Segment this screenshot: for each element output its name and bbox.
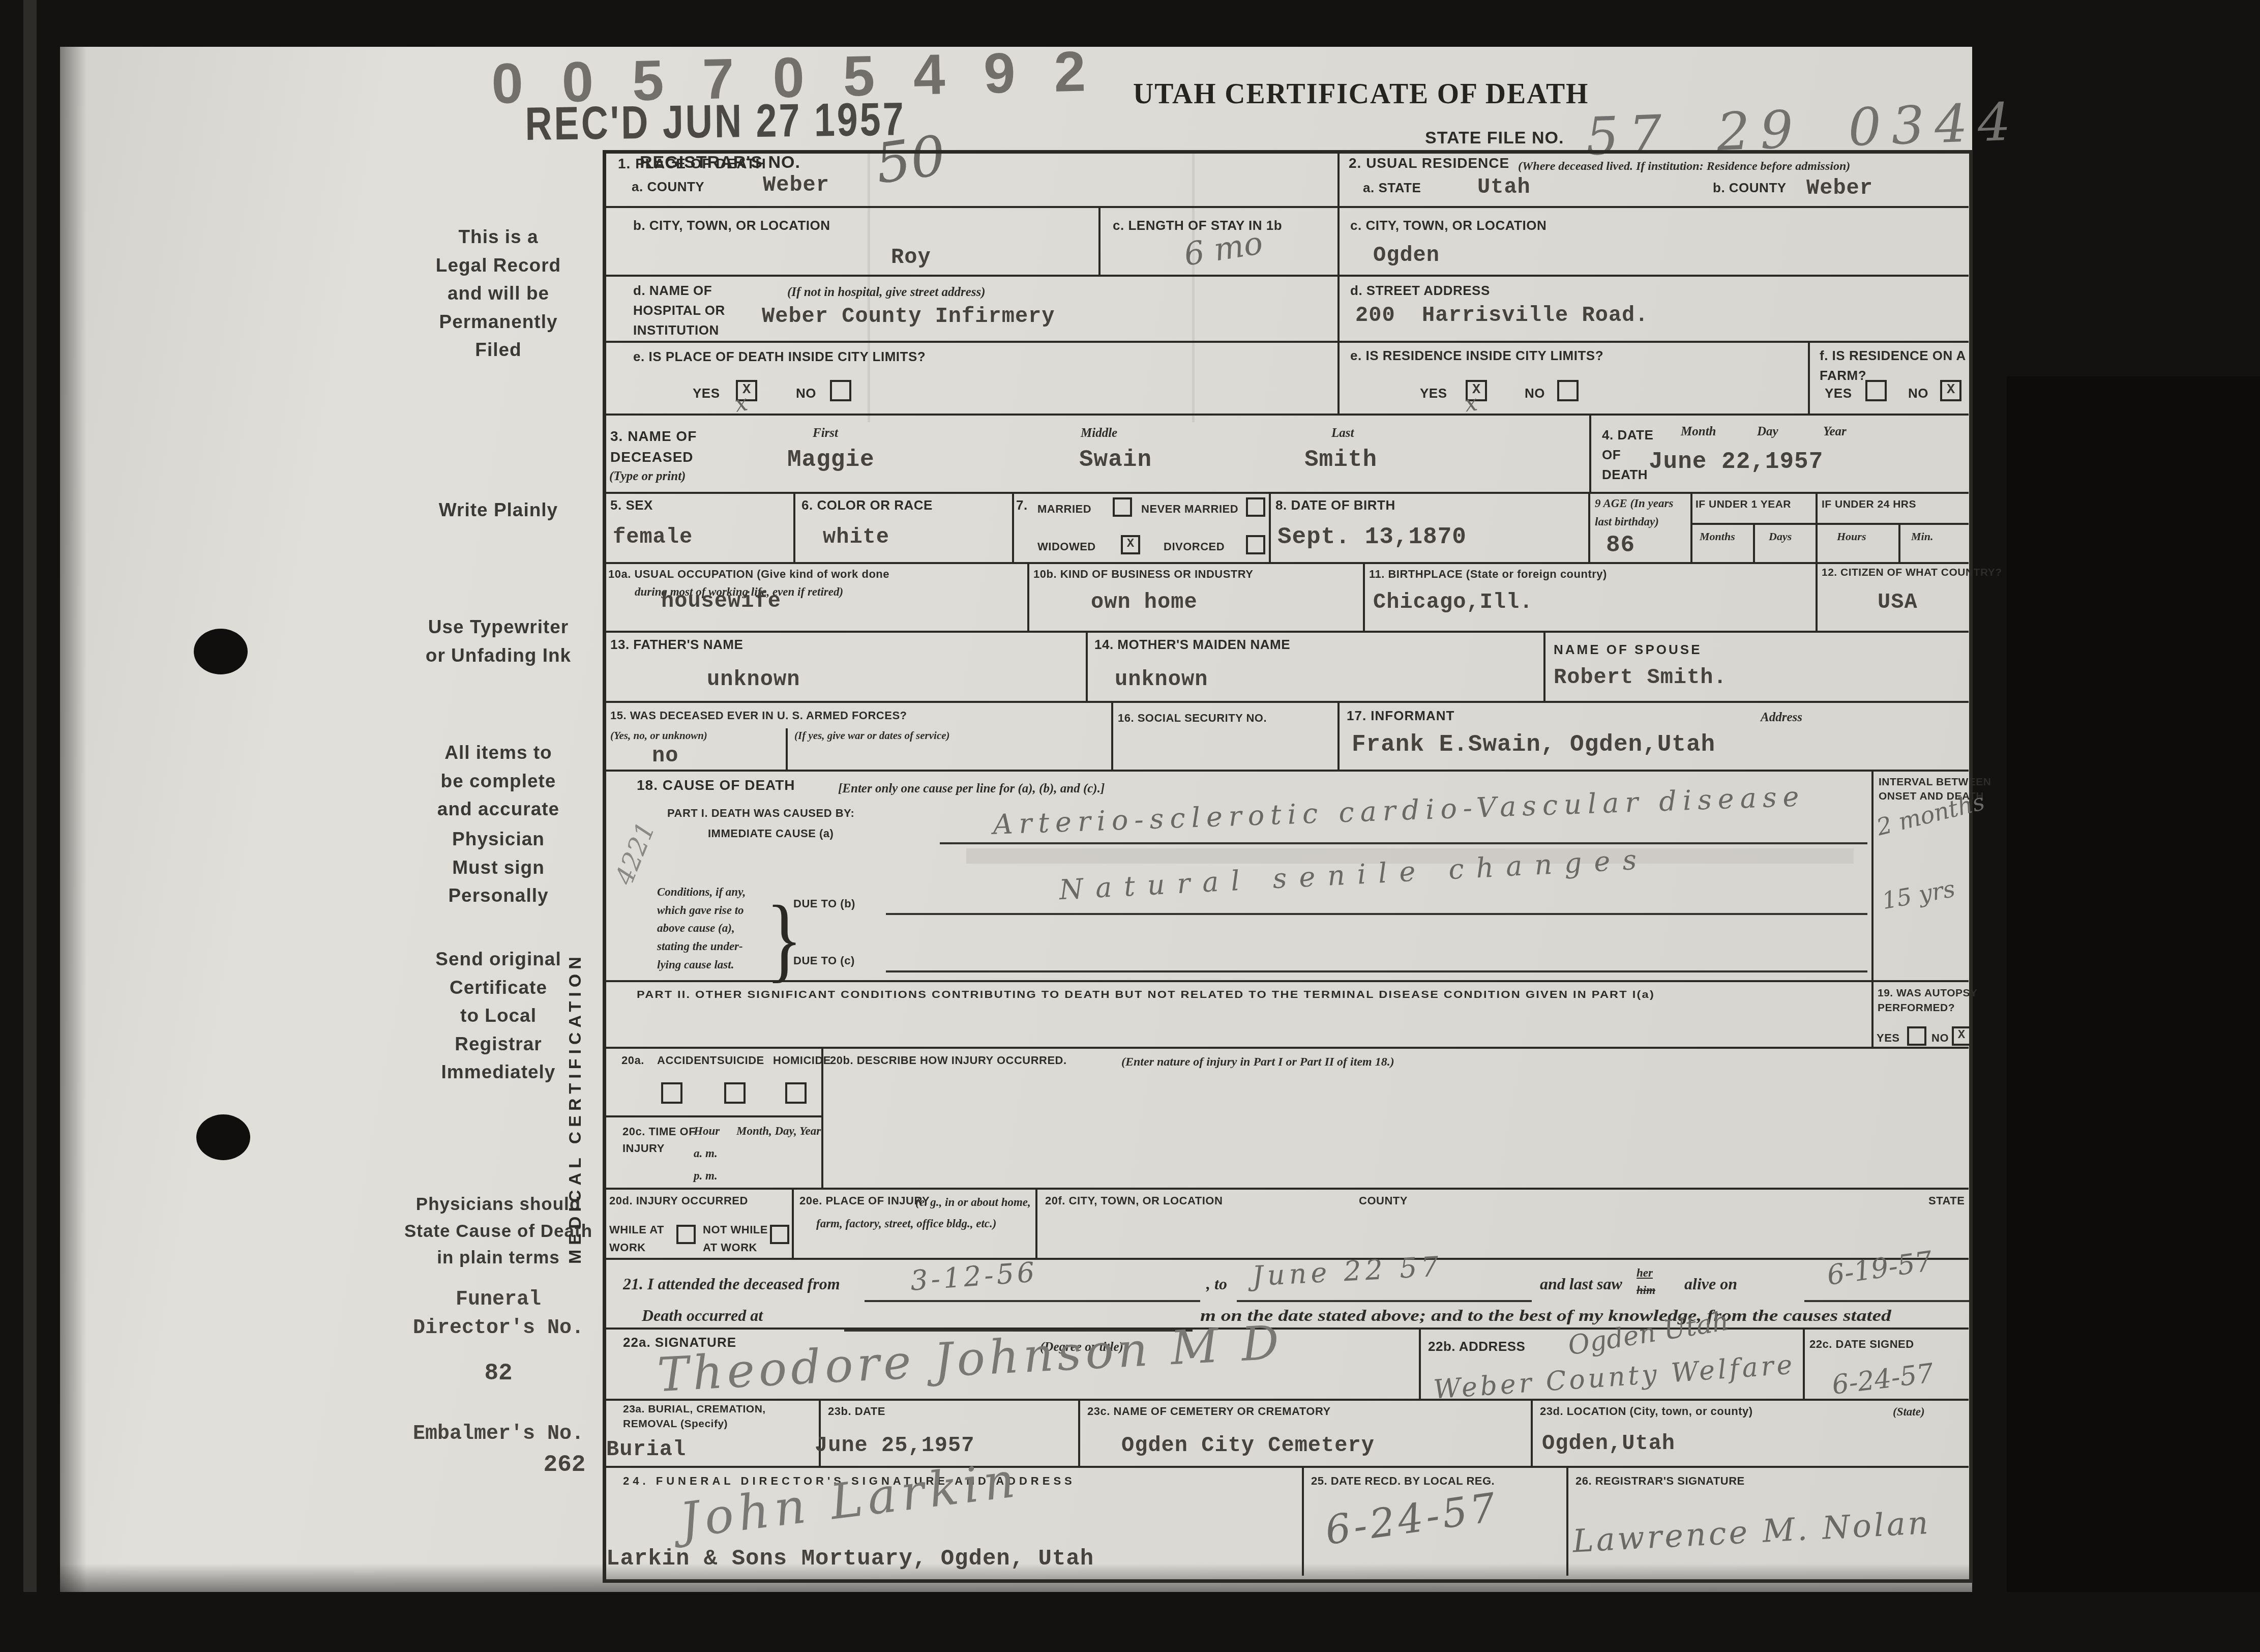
s19-label: 19. WAS AUTOPSY PERFORMED? xyxy=(1878,986,1978,1016)
s7-widowed-mark: X xyxy=(1123,537,1138,551)
s6-value: white xyxy=(823,525,889,549)
grid-line xyxy=(1816,562,1818,631)
s3-first-value: Maggie xyxy=(787,447,875,473)
s1-county-value: Weber xyxy=(763,173,829,197)
s2-farm-yes-label: YES xyxy=(1825,383,1852,403)
received-date-stamp: REC'D JUN 27 1957 xyxy=(525,93,906,151)
s23d-label: 23d. LOCATION (City, town, or county) xyxy=(1540,1403,1753,1420)
s17-label: 17. INFORMANT xyxy=(1347,708,1454,724)
grid-line xyxy=(606,1327,1969,1330)
s1-county-label: a. COUNTY xyxy=(632,177,704,197)
s20f-state-label: STATE xyxy=(1928,1192,1965,1209)
s20c-label: 20c. TIME OF INJURY xyxy=(622,1123,696,1157)
s14-label: 14. MOTHER'S MAIDEN NAME xyxy=(1094,635,1290,655)
s18-immediate-label: IMMEDIATE CAUSE (a) xyxy=(708,825,834,842)
s1-hospital-hint: (If not in hospital, give street address… xyxy=(787,283,986,303)
funeral-directors-no-value: 82 xyxy=(379,1357,618,1390)
s3-middle-label: Middle xyxy=(1081,424,1117,444)
s17-value: Frank E.Swain, Ogden,Utah xyxy=(1352,731,1715,758)
s13-value: unknown xyxy=(707,667,800,692)
s7-never-married-checkbox xyxy=(1246,497,1265,517)
medical-certification-vertical-label: MEDICAL CERTIFICATION xyxy=(566,786,585,1264)
s15-label: 15. WAS DECEASED EVER IN U. S. ARMED FOR… xyxy=(610,707,907,724)
s7-widowed-checkbox: X xyxy=(1121,535,1140,554)
s21-line1a: 21. I attended the deceased from xyxy=(623,1275,840,1293)
s20d-while-label: WHILE AT WORK xyxy=(609,1221,664,1256)
s4-title: 4. DATE OF DEATH xyxy=(1602,425,1653,485)
s8-label: 8. DATE OF BIRTH xyxy=(1275,495,1395,515)
grid-line xyxy=(1363,562,1365,631)
s15-hint2: (If yes, give war or dates of service) xyxy=(794,727,950,744)
s18-title-hint: [Enter only one cause per line for (a), … xyxy=(838,779,1105,799)
s18-part2-label: PART II. OTHER SIGNIFICANT CONDITIONS CO… xyxy=(637,988,1655,1002)
s3-last-label: Last xyxy=(1331,424,1354,444)
grid-line xyxy=(606,701,1969,703)
s20b-hint: (Enter nature of injury in Part I or Par… xyxy=(1121,1053,1394,1072)
grid-line xyxy=(606,1188,1969,1190)
grid-line xyxy=(1302,1466,1304,1576)
s21-him-word: him xyxy=(1637,1284,1655,1297)
s1-limits-label: e. IS PLACE OF DEATH INSIDE CITY LIMITS? xyxy=(633,347,926,367)
s2-county-label: b. COUNTY xyxy=(1713,178,1787,198)
s1-hospital-label: d. NAME OF HOSPITAL OR INSTITUTION xyxy=(633,281,725,340)
s10a-label: 10a. USUAL OCCUPATION (Give kind of work… xyxy=(608,566,889,582)
s21-line1c: alive on xyxy=(1684,1275,1737,1293)
grid-line xyxy=(1078,1399,1080,1466)
s18-conditions-label: Conditions, if any, which gave rise to a… xyxy=(657,883,746,973)
grid-line xyxy=(1690,523,1969,525)
s18-part1-label: PART I. DEATH WAS CAUSED BY: xyxy=(667,805,854,821)
s20a-homicide-checkbox xyxy=(785,1082,807,1104)
grid-line xyxy=(1086,631,1088,701)
grid-line xyxy=(1803,1327,1805,1399)
s23c-label: 23c. NAME OF CEMETERY OR CREMATORY xyxy=(1087,1403,1331,1420)
s7-married-checkbox xyxy=(1113,497,1132,517)
s2-farm-no-mark: X xyxy=(1942,382,1959,398)
s7-widowed-label: WIDOWED xyxy=(1037,538,1096,555)
s23c-value: Ogden City Cemetery xyxy=(1121,1433,1375,1458)
s20c-pm-label: p. m. xyxy=(694,1167,718,1185)
s20d-while-checkbox xyxy=(676,1225,696,1244)
s21-line2b: m on the date stated above; and to the b… xyxy=(1200,1306,1891,1325)
s19-yes-label: YES xyxy=(1877,1029,1900,1046)
grid-line xyxy=(606,770,1969,772)
grid-line xyxy=(606,562,1969,564)
s2-farm-yes-checkbox xyxy=(1865,380,1887,401)
s21-line2a: Death occurred at xyxy=(642,1306,763,1325)
s9-under1-label: IF UNDER 1 YEAR xyxy=(1696,497,1791,512)
s9-label: 9 AGE (In years last birthday) xyxy=(1595,494,1673,530)
s9-value: 86 xyxy=(1606,532,1635,558)
s23b-value: June 25,1957 xyxy=(815,1433,974,1458)
s2-limits-yes-label: YES xyxy=(1420,383,1447,403)
grid-line xyxy=(606,206,1969,208)
blank-line xyxy=(1804,1300,1969,1302)
paper-edge-shadow xyxy=(60,47,86,1592)
blank-line xyxy=(886,970,1867,972)
grid-line xyxy=(1816,492,1818,562)
s15-value: no xyxy=(652,744,678,768)
s2-limits-no-checkbox xyxy=(1557,380,1579,401)
s17-address-label: Address xyxy=(1761,708,1802,728)
s20d-label: 20d. INJURY OCCURRED xyxy=(609,1192,748,1209)
grid-line xyxy=(606,1047,1969,1049)
s12-value: USA xyxy=(1878,590,1918,614)
s2-farm-no-label: NO xyxy=(1908,383,1928,403)
s20a-number: 20a. xyxy=(621,1052,644,1069)
s9-under24-label: IF UNDER 24 HRS xyxy=(1822,497,1916,512)
s3-first-label: First xyxy=(813,424,838,444)
s16-label: 16. SOCIAL SECURITY NO. xyxy=(1118,710,1267,726)
s4-value: June 22,1957 xyxy=(1649,449,1823,475)
s19-yes-checkbox xyxy=(1907,1026,1926,1046)
s20e-hint: (e. g., in or about home, xyxy=(915,1193,1031,1212)
grid-line xyxy=(1337,152,1340,414)
s1-yes-label: YES xyxy=(693,383,720,403)
s19-no-label: NO xyxy=(1931,1029,1949,1046)
s20a-suicide-label: SUICIDE xyxy=(717,1052,764,1069)
s22-address-label: 22b. ADDRESS xyxy=(1428,1337,1525,1356)
s3-hint: (Type or print) xyxy=(609,467,686,487)
s2-title: 2. USUAL RESIDENCE xyxy=(1349,155,1509,171)
s15-hint1: (Yes, no, or unknown) xyxy=(610,727,707,744)
grid-line xyxy=(606,341,1969,343)
s8-value: Sept. 13,1870 xyxy=(1277,524,1467,550)
grid-line xyxy=(1871,770,1874,1047)
s12-label: 12. CITIZEN OF WHAT COUNTRY? xyxy=(1822,566,2002,580)
grid-line xyxy=(1898,523,1900,562)
s26-label: 26. REGISTRAR'S SIGNATURE xyxy=(1575,1472,1745,1489)
s9-days-label: Days xyxy=(1769,528,1792,545)
s3-last-value: Smith xyxy=(1304,447,1377,473)
grid-line xyxy=(1543,631,1545,701)
grid-line xyxy=(606,980,1969,982)
grid-line xyxy=(606,1115,821,1117)
s21-to-word: , to xyxy=(1206,1275,1227,1293)
grid-line xyxy=(1012,492,1014,562)
grid-line xyxy=(786,728,788,770)
s2-city-label: c. CITY, TOWN, OR LOCATION xyxy=(1350,216,1547,235)
grid-line xyxy=(606,1399,1969,1401)
grid-line xyxy=(792,1188,794,1258)
punch-hole xyxy=(196,1114,250,1160)
margin-note-write-plainly: Write Plainly xyxy=(379,496,618,524)
s9-months-label: Months xyxy=(1700,528,1735,545)
s25-label: 25. DATE RECD. BY LOCAL REG. xyxy=(1311,1472,1495,1489)
s3-title: 3. NAME OF DECEASED xyxy=(610,426,697,467)
blank-line xyxy=(1237,1300,1532,1302)
grid-line xyxy=(606,414,1969,416)
s4-month-label: Month xyxy=(1681,422,1716,442)
blank-line xyxy=(940,842,1867,844)
margin-note-legal-record: This is a Legal Record and will be Perma… xyxy=(379,223,618,364)
grid-line xyxy=(1690,492,1692,562)
grid-line xyxy=(606,1466,1969,1468)
s20f-county-label: COUNTY xyxy=(1359,1192,1408,1209)
grid-line xyxy=(1111,701,1113,770)
s2-farm-no-checkbox: X xyxy=(1940,380,1961,401)
s6-label: 6. COLOR OR RACE xyxy=(801,495,933,515)
s20d-notwhile-label: NOT WHILE AT WORK xyxy=(703,1221,768,1256)
s20d-notwhile-checkbox xyxy=(770,1225,789,1244)
s20f-label: 20f. CITY, TOWN, OR LOCATION xyxy=(1045,1192,1223,1209)
scan-border-top xyxy=(0,0,2260,47)
s18-title: 18. CAUSE OF DEATH xyxy=(637,777,795,793)
s24-typed-address: Larkin & Sons Mortuary, Ogden, Utah xyxy=(606,1546,1094,1572)
s20a-suicide-checkbox xyxy=(724,1082,746,1104)
s1-hospital-value: Weber County Infirmery xyxy=(762,304,1055,329)
s21-line1b: and last saw xyxy=(1540,1275,1622,1293)
grid-line xyxy=(1035,1188,1037,1258)
grid-line xyxy=(1531,1399,1533,1466)
s23b-label: 23b. DATE xyxy=(828,1403,885,1420)
s14-value: unknown xyxy=(1115,667,1208,692)
s18-due-b-label: DUE TO (b) xyxy=(793,895,855,912)
scan-edge-streak xyxy=(23,0,37,1652)
s20a-accident-checkbox xyxy=(661,1082,682,1104)
grid-line xyxy=(1753,523,1755,562)
s1-no-label: NO xyxy=(796,383,816,403)
blank-line xyxy=(865,1300,1200,1302)
s23a-label: 23a. BURIAL, CREMATION, REMOVAL (Specify… xyxy=(623,1402,766,1432)
grid-line xyxy=(1337,701,1340,770)
s9-min-label: Min. xyxy=(1911,528,1933,545)
document-title: UTAH CERTIFICATE OF DEATH xyxy=(1133,76,1589,110)
s20c-mdy-label: Month, Day, Year xyxy=(736,1122,821,1140)
embalmers-no-label: Embalmer's No. xyxy=(379,1420,618,1449)
s13-label: 13. FATHER'S NAME xyxy=(610,635,743,655)
grid-line xyxy=(1027,562,1029,631)
grid-line xyxy=(1419,1327,1421,1399)
s20a-homicide-label: HOMICIDE xyxy=(773,1052,831,1069)
s2-county-value: Weber xyxy=(1806,176,1873,200)
state-file-no-label: STATE FILE NO. xyxy=(1425,128,1564,148)
scan-border-bottom xyxy=(0,1592,2260,1652)
s9-hours-label: Hours xyxy=(1837,528,1866,545)
s2-city-value: Ogden xyxy=(1373,243,1440,268)
s11-label: 11. BIRTHPLACE (State or foreign country… xyxy=(1369,566,1607,582)
spouse-label: NAME OF SPOUSE xyxy=(1554,640,1702,660)
s3-middle-value: Swain xyxy=(1079,447,1152,473)
s20e-hint2: farm, factory, street, office bldg., etc… xyxy=(816,1215,996,1233)
s10b-value: own home xyxy=(1091,590,1198,614)
punch-hole xyxy=(194,629,248,674)
s5-value: female xyxy=(613,525,693,549)
s1-title: 1. PLACE OF DEATH xyxy=(618,156,766,172)
scanned-death-certificate: 005705492 REC'D JUN 27 1957 REGISTRAR'S … xyxy=(0,0,2260,1652)
s23d-state-label: (State) xyxy=(1893,1403,1925,1421)
s2-street-value: 200 Harrisville Road. xyxy=(1355,303,1649,328)
grid-line xyxy=(1098,206,1101,275)
s20b-label: 20b. DESCRIBE HOW INJURY OCCURRED. xyxy=(830,1052,1067,1069)
s2-state-value: Utah xyxy=(1477,175,1531,199)
s23a-value: Burial xyxy=(606,1437,686,1462)
spouse-value: Robert Smith. xyxy=(1554,665,1727,690)
funeral-directors-no-label: Funeral Director's No. xyxy=(379,1286,618,1343)
grid-line xyxy=(793,492,795,562)
s21-her-word: her xyxy=(1637,1266,1653,1280)
s1-no-checkbox xyxy=(830,380,851,401)
s1-city-value: Roy xyxy=(891,245,931,270)
s2-state-label: a. STATE xyxy=(1363,178,1421,198)
s19-no-mark: X xyxy=(1954,1028,1969,1043)
grid-line xyxy=(1588,492,1590,562)
grid-line xyxy=(1589,414,1591,492)
grid-line xyxy=(606,275,1969,277)
s7-married-label: MARRIED xyxy=(1037,500,1091,517)
grid-line xyxy=(1269,492,1271,562)
s7-number: 7. xyxy=(1016,495,1028,515)
s2-title-hint: (Where deceased lived. If institution: R… xyxy=(1518,157,1850,176)
s2-street-label: d. STREET ADDRESS xyxy=(1350,281,1490,301)
s10a-value: housewife xyxy=(661,589,781,613)
s20c-am-label: a. m. xyxy=(694,1144,718,1163)
blank-line xyxy=(886,913,1867,915)
s23d-value: Ogden,Utah xyxy=(1542,1431,1675,1456)
s2-limits-label: e. IS RESIDENCE INSIDE CITY LIMITS? xyxy=(1350,346,1603,366)
s20c-hour-label: Hour xyxy=(694,1122,720,1140)
grid-line xyxy=(1566,1466,1568,1576)
s7-divorced-checkbox xyxy=(1246,535,1265,554)
s7-never-married-label: NEVER MARRIED xyxy=(1141,500,1238,517)
s5-label: 5. SEX xyxy=(610,495,653,515)
s1-city-label: b. CITY, TOWN, OR LOCATION xyxy=(633,216,830,235)
s2-limits-no-label: NO xyxy=(1525,383,1545,403)
grid-line xyxy=(606,492,1969,494)
grid-line xyxy=(1808,341,1810,414)
s20e-label: 20e. PLACE OF INJURY xyxy=(799,1192,930,1209)
s18-due-c-label: DUE TO (c) xyxy=(793,952,855,969)
s4-year-label: Year xyxy=(1823,422,1847,442)
s22-date-label: 22c. DATE SIGNED xyxy=(1809,1336,1914,1352)
s11-value: Chicago,Ill. xyxy=(1373,590,1533,614)
s19-no-checkbox: X xyxy=(1952,1026,1971,1046)
scan-border-right-dark xyxy=(2007,376,2260,1652)
margin-note-use-typewriter: Use Typewriter or Unfading Ink xyxy=(379,613,618,669)
s10b-label: 10b. KIND OF BUSINESS OR INDUSTRY xyxy=(1033,566,1254,582)
s7-divorced-label: DIVORCED xyxy=(1164,538,1225,555)
s20a-accident-label: ACCIDENT xyxy=(657,1052,717,1069)
s4-day-label: Day xyxy=(1757,422,1778,442)
grid-line xyxy=(606,631,1969,633)
